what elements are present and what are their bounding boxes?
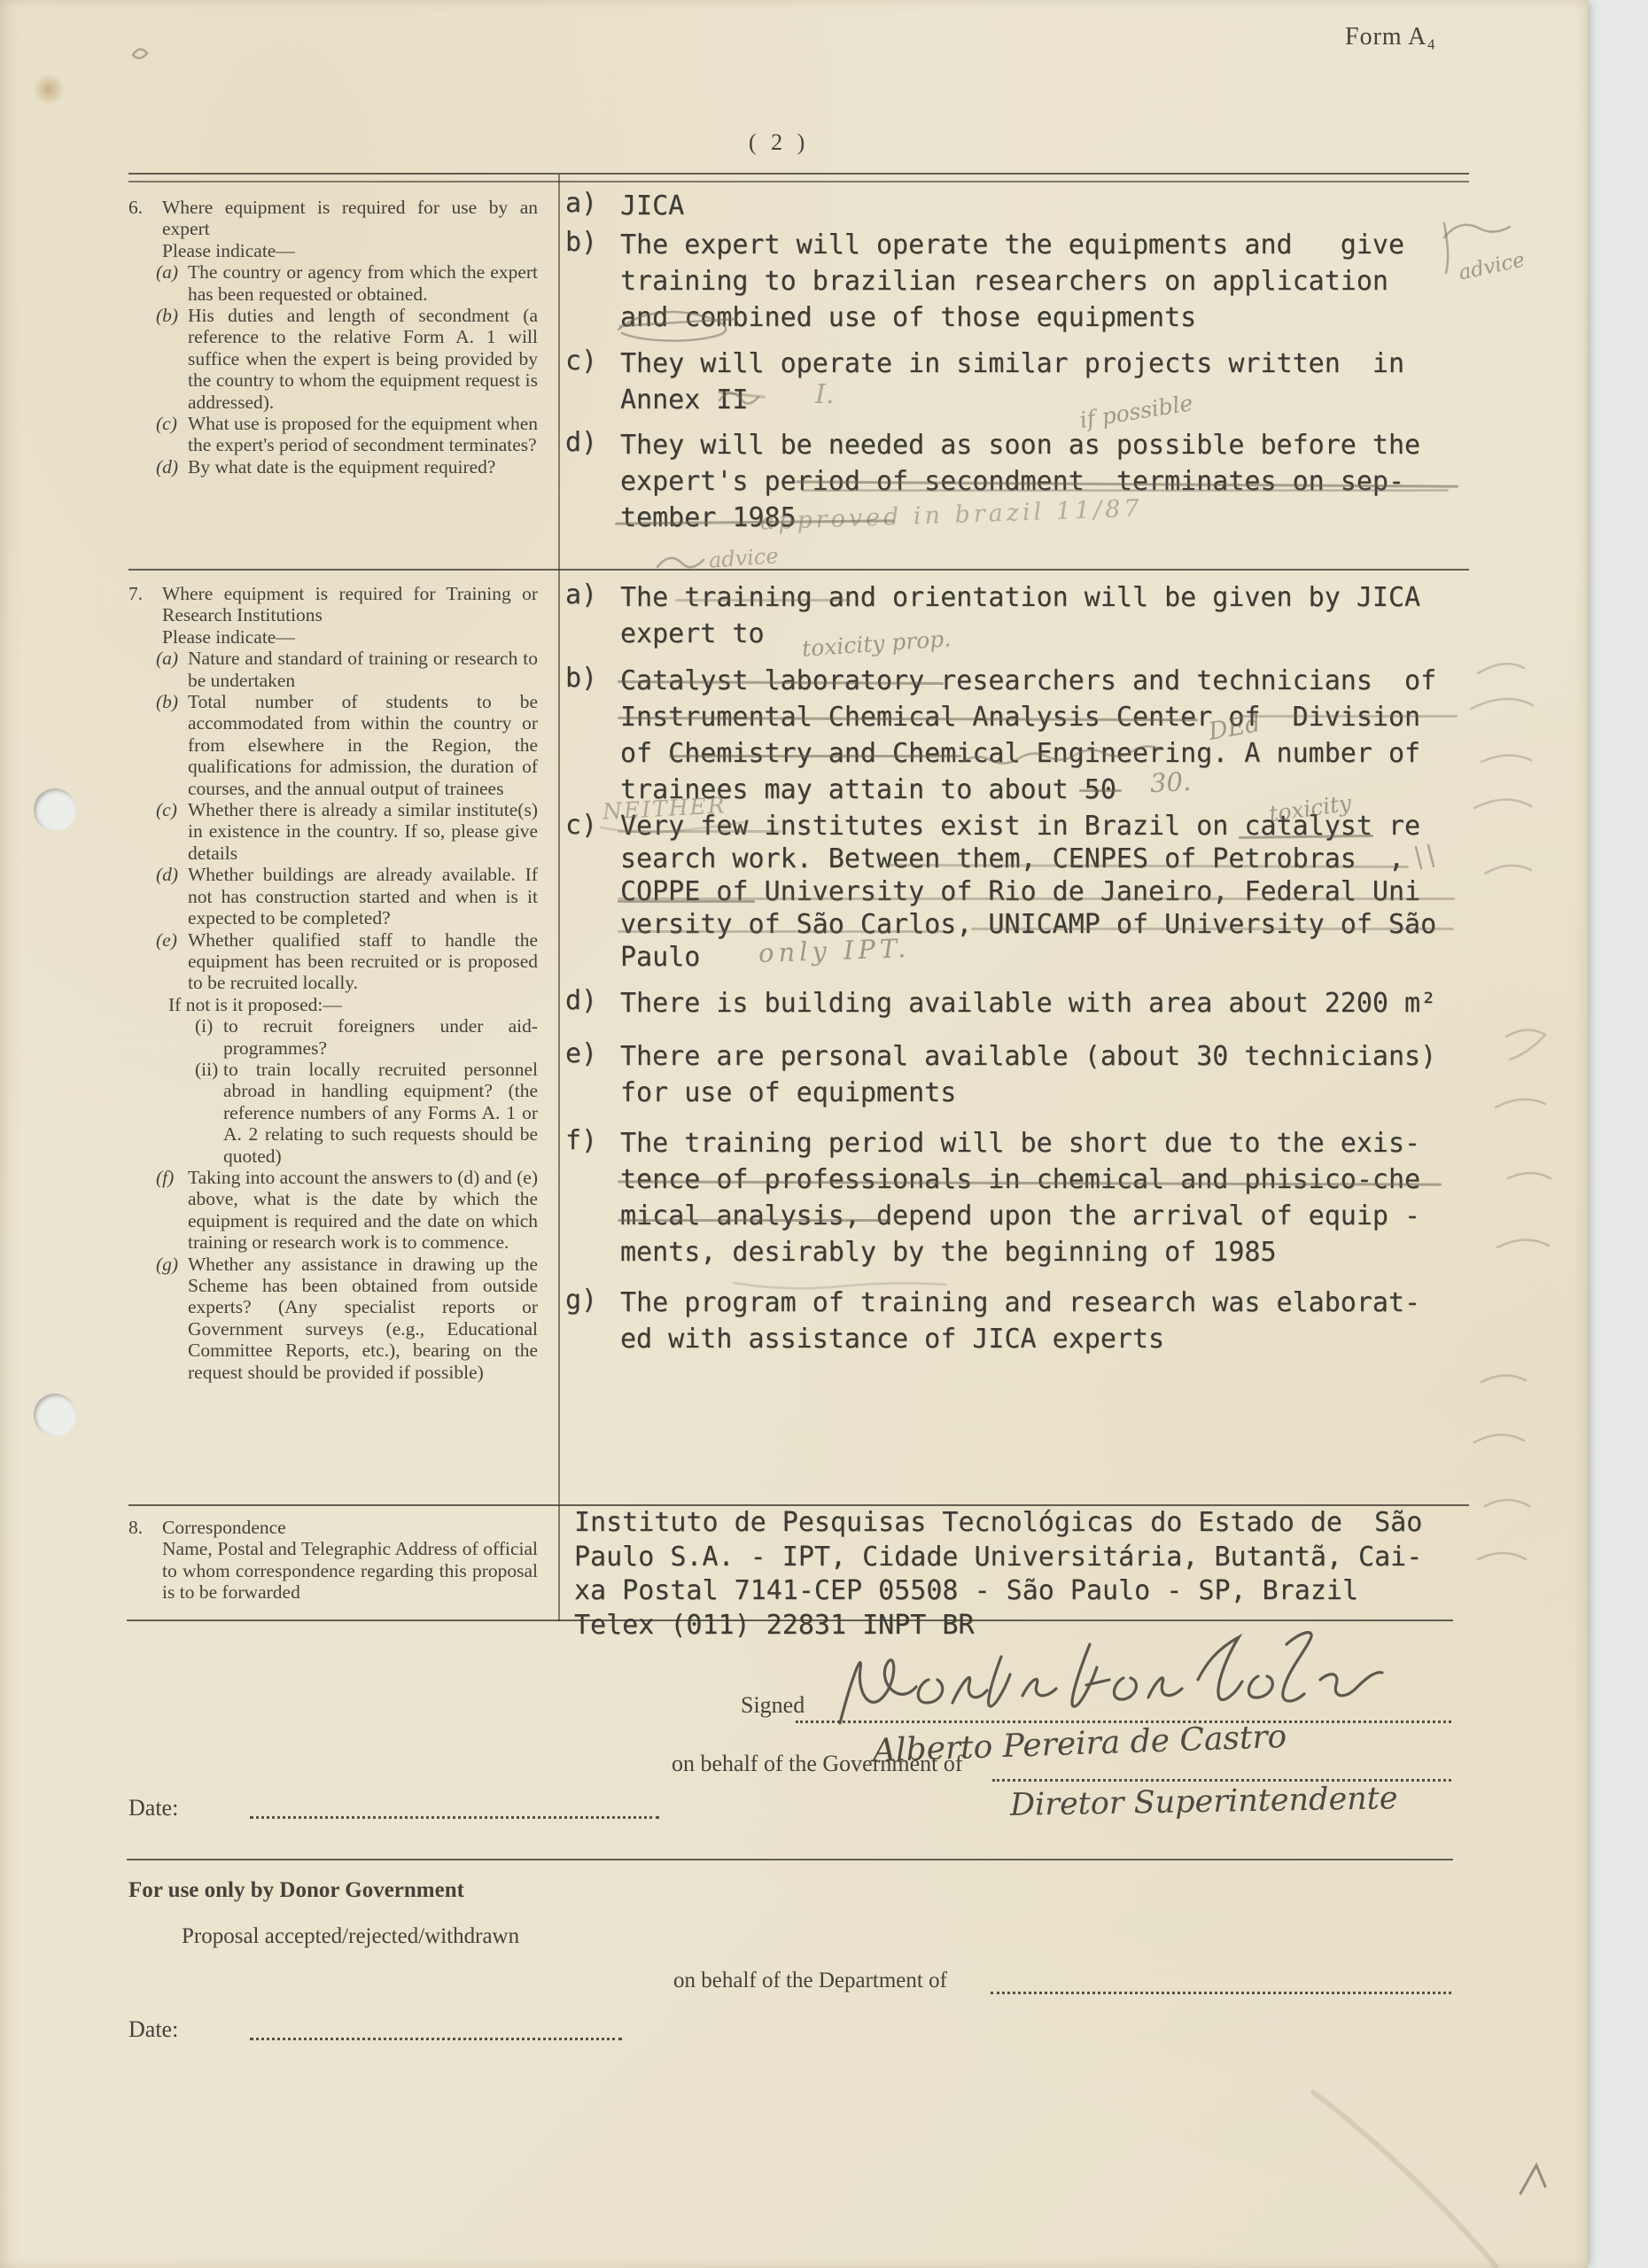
question-7-intro: Please indicate— (162, 626, 538, 648)
section-separator-rule (127, 1859, 1453, 1860)
strikethrough (618, 930, 944, 933)
strikethrough (618, 830, 781, 833)
question-6-title: Where equipment is required for use by a… (162, 197, 538, 240)
question-7-item-e: (e)Whether qualified staff to handle the… (128, 929, 538, 994)
question-7-item-a: (a)Nature and standard of training or re… (128, 648, 538, 691)
form-label: Form A₄ (1345, 23, 1436, 51)
question-6: 6. Where equipment is required for use b… (128, 197, 538, 478)
strikethrough (1240, 715, 1458, 718)
signed-label: Signed (741, 1692, 805, 1719)
pencil-note-advice-7a: advice (708, 543, 779, 572)
paper-stain (32, 74, 66, 105)
donor-heading: For use only by Donor Government (128, 1878, 464, 1903)
punch-hole (34, 788, 76, 831)
question-8: 8. Correspondence Name, Postal and Teleg… (128, 1517, 538, 1604)
question-7-item-c: (c)Whether there is already a similar in… (128, 799, 538, 864)
answer-7f: f) The training period will be short due… (565, 1125, 1420, 1270)
answer-7d: d) There is building available with area… (565, 985, 1436, 1021)
punch-hole (34, 1394, 76, 1436)
pencil-note-annex-i: I. (815, 379, 834, 410)
department-dotted-line (991, 1992, 1451, 1994)
document-page: Form A₄ ( 2 ) 6. Where equipment is requ… (0, 0, 1588, 2268)
strikethrough (618, 900, 755, 903)
donor-date-label: Date: (128, 2016, 178, 2043)
strikethrough (669, 755, 961, 757)
question-7-item-b: (b)Total number of students to be accomm… (128, 691, 538, 799)
answer-7a: a) The training and orientation will be … (565, 579, 1420, 652)
question-6-item-d: (d)By what date is the equipment require… (128, 456, 538, 478)
question-8-body: Name, Postal and Telegraphic Address of … (162, 1538, 538, 1603)
row-divider-rule (128, 569, 1469, 571)
question-7-item-e-ii: (ii)to train locally recruited personnel… (128, 1059, 538, 1167)
question-6-number: 6. (128, 197, 143, 218)
answer-6a: a) JICA (565, 188, 684, 224)
question-7-e-subintro: If not is it proposed:— (168, 994, 538, 1015)
question-7-item-d: (d)Whether buildings are already availab… (128, 864, 538, 928)
scanned-form-page: Form A₄ ( 2 ) 6. Where equipment is requ… (0, 0, 1648, 2268)
table-top-rule (128, 173, 1469, 183)
pencil-note-thirty: 30. (1149, 766, 1192, 798)
on-behalf-department-label: on behalf of the Department of (673, 1969, 947, 1993)
question-8-title: Correspondence (162, 1517, 538, 1538)
question-6-intro: Please indicate— (162, 240, 538, 261)
answer-8: Instituto de Pesquisas Tecnológicas do E… (574, 1506, 1422, 1643)
answer-6c: c) They will operate in similar projects… (565, 346, 1404, 418)
answer-7b: b) Catalyst laboratory researchers and t… (565, 663, 1436, 808)
answer-7c: c) Very few institutes exist in Brazil o… (565, 810, 1436, 974)
page-number: ( 2 ) (749, 129, 809, 156)
on-behalf-government-label: on behalf of the Government of (672, 1751, 963, 1777)
pencil-note-margin-6b: advice (1457, 248, 1527, 284)
question-7-item-f: (f)Taking into account the answers to (d… (128, 1167, 538, 1254)
answer-7g: g) The program of training and research … (565, 1285, 1420, 1357)
question-8-number: 8. (128, 1517, 143, 1538)
question-7-item-g: (g)Whether any assistance in drawing up … (128, 1254, 538, 1383)
date-label: Date: (128, 1795, 178, 1821)
question-6-item-a: (a)The country or agency from which the … (128, 261, 538, 305)
strikethrough (618, 1219, 890, 1222)
answer-7e: e) There are personal available (about 3… (565, 1038, 1436, 1111)
question-6-item-c: (c)What use is proposed for the equipmen… (128, 413, 538, 456)
strikethrough (802, 489, 1449, 492)
question-7-item-e-i: (i)to recruit foreigners under aid-progr… (128, 1015, 538, 1059)
proposal-status-line: Proposal accepted/rejected/withdrawn (182, 1924, 519, 1949)
strikethrough (1079, 789, 1122, 792)
date-dotted-line (250, 1816, 659, 1819)
signature-title: Diretor Superintendente (1010, 1781, 1398, 1823)
question-7-title: Where equipment is required for Training… (162, 583, 538, 626)
strikethrough (971, 928, 1454, 930)
question-7: 7. Where equipment is required for Train… (128, 583, 538, 1383)
pencil-note-only-ipt: only IPT. (758, 933, 910, 968)
donor-date-dotted-line (250, 2038, 622, 2040)
signature-flourish (840, 1633, 1382, 1723)
column-divider-rule (558, 175, 560, 1621)
question-7-number: 7. (128, 583, 143, 604)
question-6-item-b: (b)His duties and length of secondment (… (128, 305, 538, 413)
answer-6b: b) The expert will operate the equipment… (565, 227, 1404, 336)
signature-dotted-line (796, 1720, 1451, 1723)
strikethrough (675, 599, 851, 602)
